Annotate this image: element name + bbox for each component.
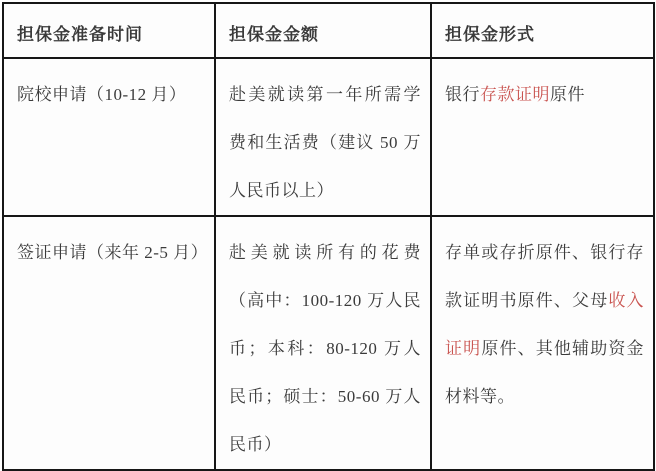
- form-text-highlight: 存款证明: [480, 85, 550, 104]
- form-text: 银行: [445, 85, 480, 104]
- table-header-row: 担保金准备时间 担保金金额 担保金形式: [3, 3, 654, 58]
- table-row-school-application: 院校申请（10-12 月） 赴美就读第一年所需学费和生活费（建议 50 万人民币…: [3, 58, 654, 216]
- cell-amount-school: 赴美就读第一年所需学费和生活费（建议 50 万人民币以上）: [215, 58, 431, 216]
- document-page: 担保金准备时间 担保金金额 担保金形式 院校申请（10-12 月） 赴美就读第一…: [2, 2, 655, 454]
- cell-form-visa: 存单或存折原件、银行存款证明书原件、父母收入证明原件、其他辅助资金材料等。: [431, 216, 654, 454]
- cell-form-school: 银行存款证明原件: [431, 58, 654, 216]
- form-text: 原件: [550, 85, 585, 104]
- table-row-visa-application: 签证申请（来年 2-5 月） 赴美就读所有的花费（高中：100-120 万人民币…: [3, 216, 654, 454]
- cell-amount-visa: 赴美就读所有的花费（高中：100-120 万人民币；本科：80-120 万人民币…: [215, 216, 431, 454]
- cell-time-school: 院校申请（10-12 月）: [3, 58, 215, 216]
- header-cell-time: 担保金准备时间: [3, 3, 215, 58]
- header-cell-amount: 担保金金额: [215, 3, 431, 58]
- header-cell-form: 担保金形式: [431, 3, 654, 58]
- cell-time-visa: 签证申请（来年 2-5 月）: [3, 216, 215, 454]
- guarantee-fund-table: 担保金准备时间 担保金金额 担保金形式 院校申请（10-12 月） 赴美就读第一…: [2, 2, 655, 454]
